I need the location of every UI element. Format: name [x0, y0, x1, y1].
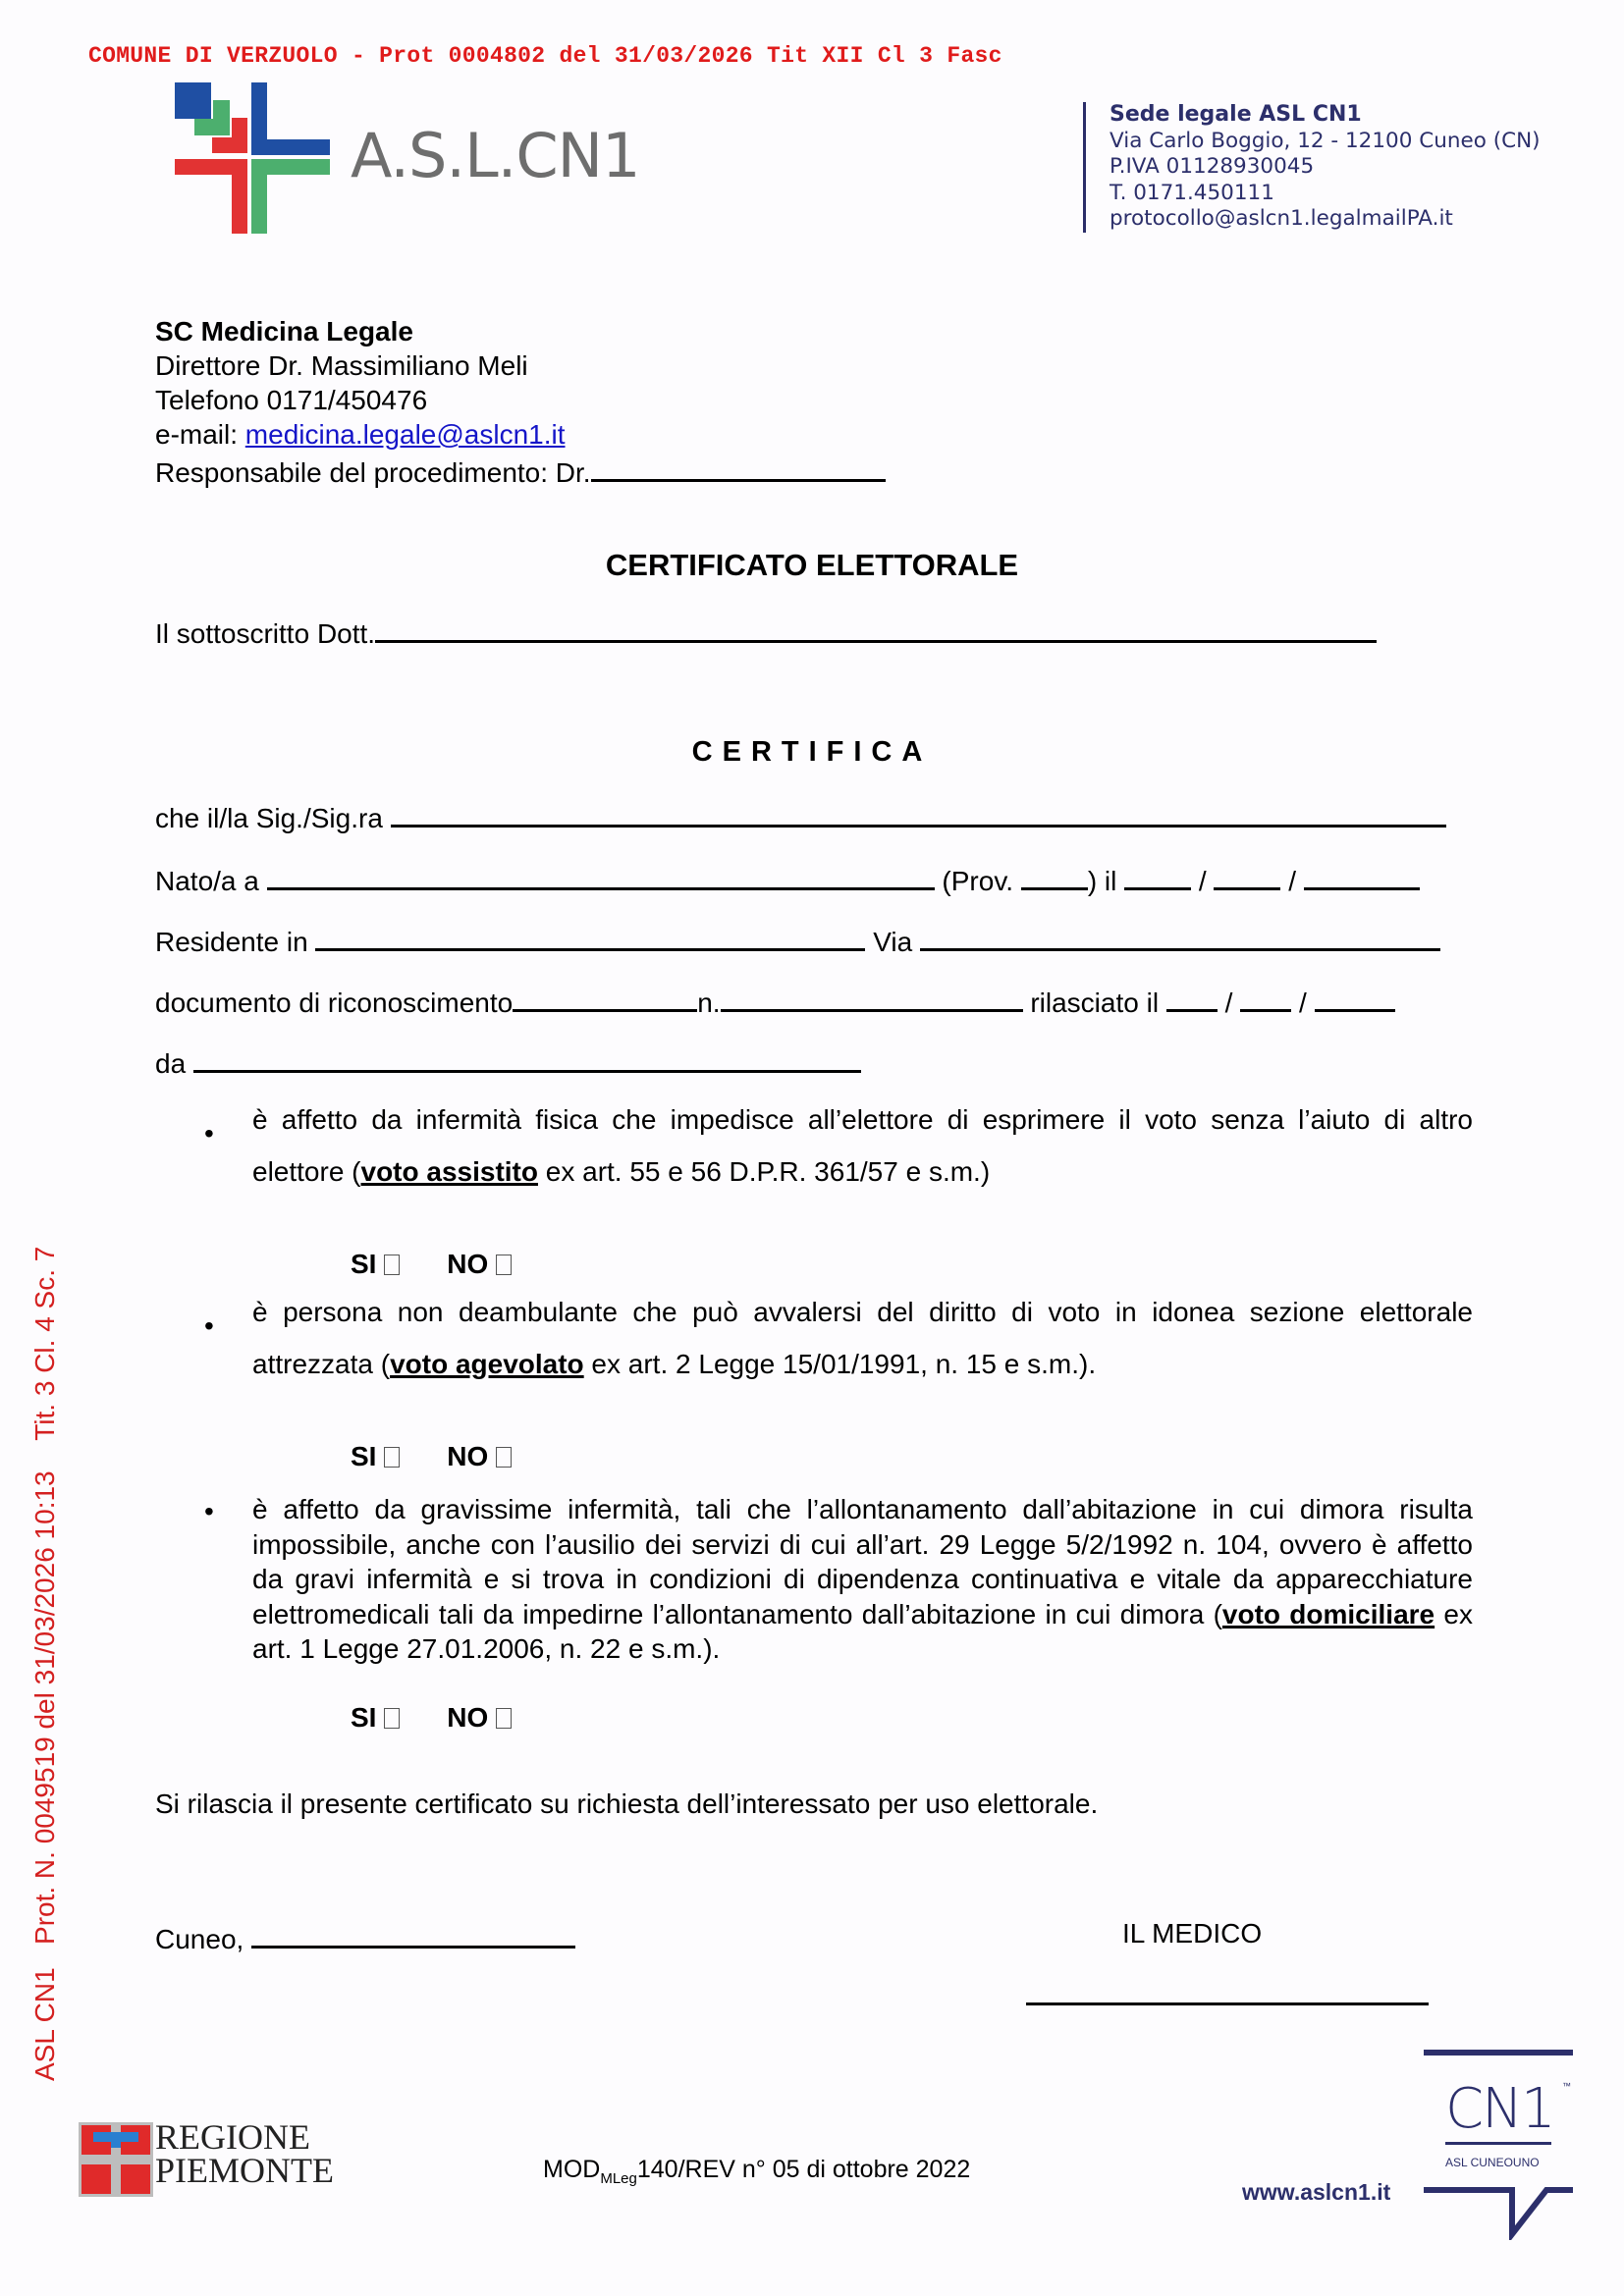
- form-code-rest: 140/REV n° 05 di ottobre 2022: [637, 2156, 970, 2183]
- birth-year-field[interactable]: [1304, 860, 1420, 890]
- nato-label: Nato/a a: [155, 866, 259, 896]
- option-keyword: voto assistito: [361, 1156, 538, 1187]
- sig-label: che il/la Sig./Sig.ra: [155, 803, 383, 833]
- sottoscritto-field[interactable]: [375, 613, 1377, 643]
- da-row: da: [155, 1042, 861, 1080]
- speech-tail-icon: [1424, 2185, 1577, 2240]
- responsabile-field[interactable]: [591, 452, 886, 482]
- asl-logo-text: A.S.L.CN1: [351, 120, 639, 191]
- birth-month-field[interactable]: [1214, 860, 1280, 890]
- sig-row: che il/la Sig./Sig.ra: [155, 797, 1446, 834]
- document-number-field[interactable]: [721, 982, 1023, 1012]
- si-checkbox[interactable]: [384, 1255, 400, 1275]
- office-phone: Telefono 0171/450476: [155, 383, 886, 417]
- form-code-sub: MLeg: [600, 2170, 637, 2187]
- protocol-stamp-side: ASL CN1 Prot. N. 0049519 del 31/03/2026 …: [29, 1247, 61, 2081]
- sede-legale-block: Sede legale ASL CN1 Via Carlo Boggio, 12…: [1083, 102, 1541, 233]
- email-link[interactable]: medicina.legale@aslcn1.it: [245, 419, 566, 450]
- option-keyword: voto domiciliare: [1222, 1599, 1435, 1629]
- office-info: SC Medicina Legale Direttore Dr. Massimi…: [155, 314, 886, 490]
- da-label: da: [155, 1048, 186, 1079]
- signature-line[interactable]: [1026, 2002, 1429, 2005]
- residente-row: Residente in Via: [155, 921, 1440, 958]
- sede-address: Via Carlo Boggio, 12 - 12100 Cuneo (CN): [1110, 129, 1541, 155]
- prov-label: (Prov.: [942, 866, 1013, 896]
- no-checkbox[interactable]: [496, 1708, 512, 1729]
- office-name: SC Medicina Legale: [155, 314, 886, 348]
- option-ref: ex art. 55 e 56 D.P.R. 361/57 e s.m.): [538, 1156, 990, 1187]
- responsabile-label: Responsabile del procedimento: Dr.: [155, 457, 591, 488]
- document-title: CERTIFICATO ELETTORALE: [0, 548, 1624, 583]
- date-field[interactable]: [251, 1918, 575, 1949]
- option-voto-agevolato: • è persona non deambulante che può avva…: [196, 1298, 1473, 1390]
- sig-field[interactable]: [391, 797, 1446, 828]
- option-keyword: voto agevolato: [390, 1349, 584, 1379]
- residente-label: Residente in: [155, 927, 308, 957]
- sede-piva: P.IVA 01128930045: [1110, 154, 1541, 181]
- no-label: NO: [447, 1702, 488, 1733]
- bullet-icon: •: [204, 1300, 214, 1352]
- piemonte-flag-icon: [79, 2122, 153, 2197]
- slash: /: [1288, 866, 1296, 896]
- cn1-logo-text: CN1: [1445, 2077, 1554, 2141]
- rilasciato-label: rilasciato il: [1030, 988, 1159, 1018]
- bullet-icon: •: [204, 1107, 214, 1159]
- form-code: MODMLeg140/REV n° 05 di ottobre 2022: [543, 2156, 970, 2187]
- documento-row: documento di riconoscimenton. rilasciato…: [155, 982, 1395, 1019]
- si-checkbox[interactable]: [384, 1708, 400, 1729]
- sede-pec: protocollo@aslcn1.legalmailPA.it: [1110, 206, 1541, 233]
- place-date-row: Cuneo,: [155, 1918, 575, 1955]
- issue-day-field[interactable]: [1166, 982, 1218, 1012]
- prov-field[interactable]: [1021, 860, 1088, 890]
- si-label: SI: [351, 1702, 376, 1733]
- slash: /: [1199, 866, 1207, 896]
- issue-month-field[interactable]: [1240, 982, 1291, 1012]
- documento-label: documento di riconoscimento: [155, 988, 513, 1018]
- sede-phone: T. 0171.450111: [1110, 181, 1541, 207]
- issuer-field[interactable]: [193, 1042, 861, 1073]
- piemonte-text: PIEMONTE: [155, 2154, 334, 2187]
- n-label: n.: [697, 988, 720, 1018]
- si-checkbox[interactable]: [384, 1447, 400, 1468]
- website: www.aslcn1.it: [1242, 2179, 1390, 2206]
- form-code-main: MOD: [543, 2156, 600, 2183]
- slash: /: [1299, 988, 1307, 1018]
- slash: /: [1225, 988, 1233, 1018]
- si-label: SI: [351, 1441, 376, 1471]
- option-voto-assistito: • è affetto da infermità fisica che impe…: [196, 1105, 1473, 1198]
- si-no-row: SI NO: [351, 1441, 512, 1472]
- sottoscritto-row: Il sottoscritto Dott.: [155, 613, 1377, 650]
- no-label: NO: [447, 1441, 488, 1471]
- no-label: NO: [447, 1249, 488, 1279]
- regione-text: REGIONE: [155, 2120, 334, 2154]
- si-label: SI: [351, 1249, 376, 1279]
- residence-field[interactable]: [315, 921, 865, 951]
- office-director: Direttore Dr. Massimiliano Meli: [155, 348, 886, 383]
- document-type-field[interactable]: [513, 982, 697, 1012]
- email-label: e-mail:: [155, 419, 245, 450]
- signature-label: IL MEDICO: [1122, 1918, 1262, 1949]
- no-checkbox[interactable]: [496, 1255, 512, 1275]
- place-label: Cuneo,: [155, 1924, 244, 1954]
- closing-text: Si rilascia il presente certificato su r…: [155, 1789, 1098, 1820]
- sottoscritto-label: Il sottoscritto Dott.: [155, 618, 375, 649]
- sede-title: Sede legale ASL CN1: [1110, 102, 1541, 129]
- bullet-icon: •: [204, 1494, 214, 1529]
- nato-row: Nato/a a (Prov. ) il / /: [155, 860, 1420, 897]
- certifica-heading: CERTIFICA: [0, 736, 1624, 769]
- si-no-row: SI NO: [351, 1702, 512, 1734]
- option-voto-domiciliare: • è affetto da gravissime infermità, tal…: [196, 1492, 1473, 1667]
- issue-year-field[interactable]: [1315, 982, 1395, 1012]
- cn1-subtitle: ASL CUNEOUNO: [1445, 2156, 1540, 2169]
- via-label: Via: [873, 927, 912, 957]
- option-ref: ex art. 2 Legge 15/01/1991, n. 15 e s.m.…: [584, 1349, 1096, 1379]
- street-field[interactable]: [920, 921, 1440, 951]
- si-no-row: SI NO: [351, 1249, 512, 1280]
- no-checkbox[interactable]: [496, 1447, 512, 1468]
- protocol-stamp-top: COMUNE DI VERZUOLO - Prot 0004802 del 31…: [88, 43, 1002, 69]
- birthplace-field[interactable]: [267, 860, 935, 890]
- trademark: ™: [1562, 2081, 1571, 2091]
- birth-day-field[interactable]: [1124, 860, 1191, 890]
- il-label: ) il: [1088, 866, 1117, 896]
